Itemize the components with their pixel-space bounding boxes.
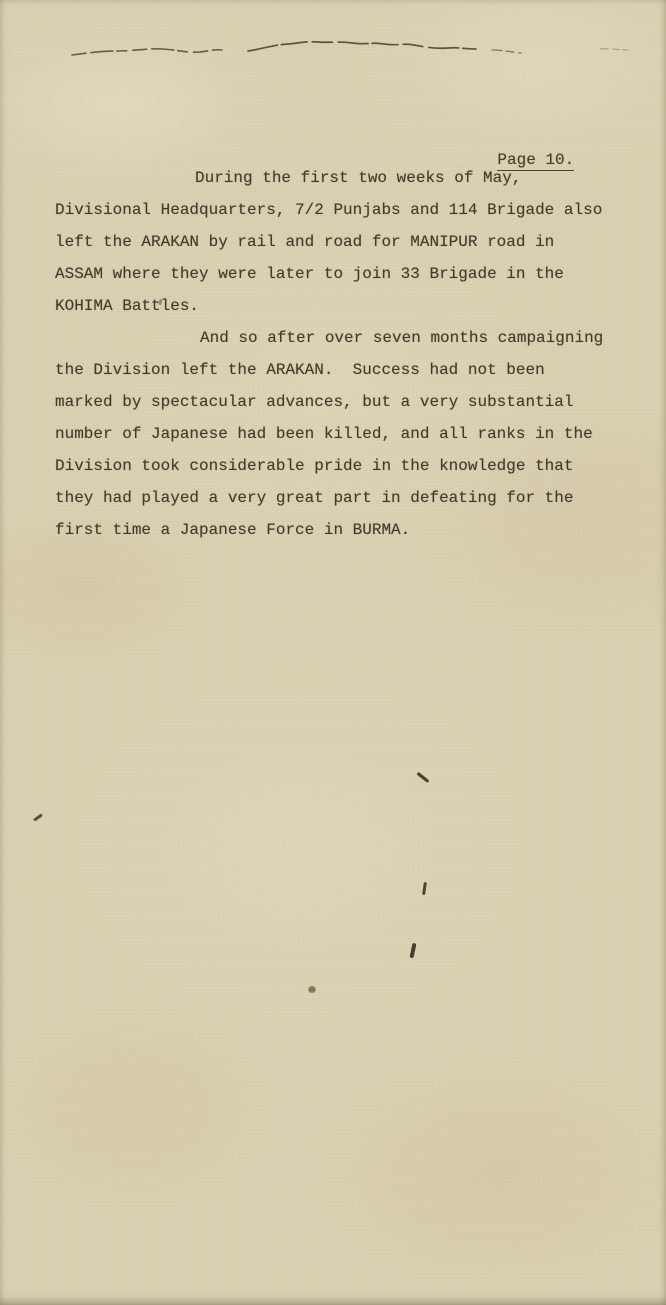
text-line: And so after over seven months campaigni… [55,322,630,354]
text-line: marked by spectacular advances, but a ve… [55,386,630,418]
text-line: During the first two weeks of May, [55,162,630,194]
text-line: Divisional Headquarters, 7/2 Punjabs and… [55,194,630,226]
text-line: first time a Japanese Force in BURMA. [55,514,630,546]
ink-mark [33,813,43,821]
document-page: Page 10. During the first two weeks of M… [0,0,666,1305]
document-text: During the first two weeks of May, Divis… [55,162,630,546]
ink-mark [422,882,427,895]
paper-crease-line [0,0,666,90]
text-line: they had played a very great part in def… [55,482,630,514]
stain-dot [308,986,316,993]
ink-mark [409,943,416,958]
text-line: left the ARAKAN by rail and road for MAN… [55,226,630,258]
text-line: number of Japanese had been killed, and … [55,418,630,450]
text-line: Division took considerable pride in the … [55,450,630,482]
text-line: the Division left the ARAKAN. Success ha… [55,354,630,386]
ink-mark [417,772,430,783]
text-line: ASSAM where they were later to join 33 B… [55,258,630,290]
text-line: KOHIMA Battles. [55,290,630,322]
